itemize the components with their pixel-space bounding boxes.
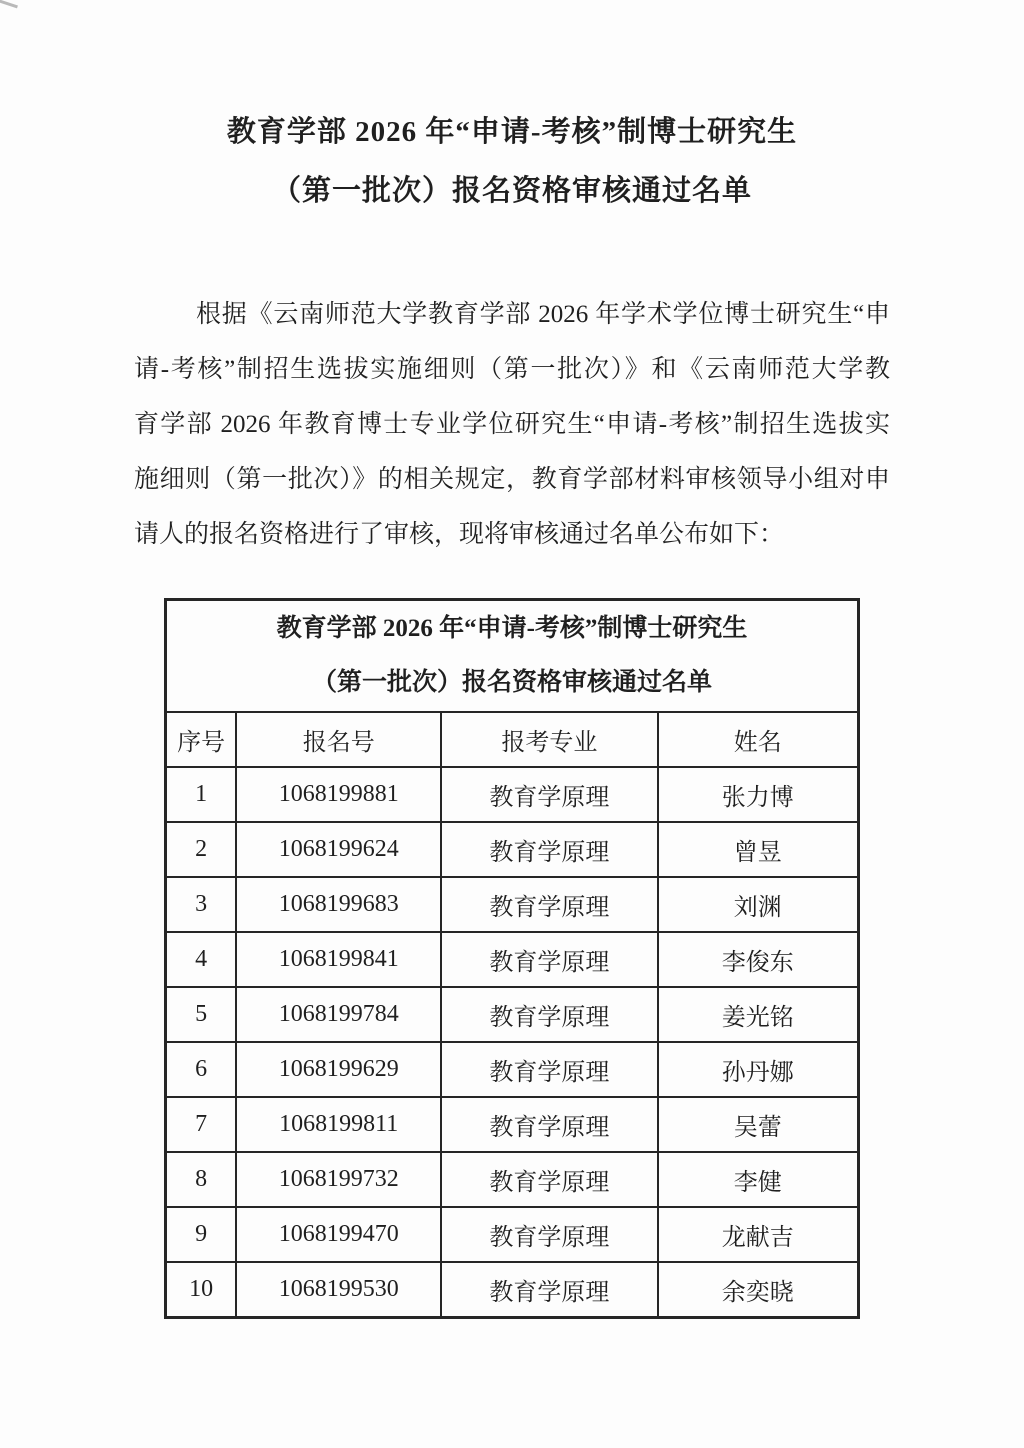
table-row: 3 1068199683 教育学原理 刘渊 [166, 877, 859, 932]
cell-name: 龙献吉 [658, 1207, 859, 1262]
cell-major: 教育学原理 [441, 1207, 657, 1262]
cell-index: 10 [166, 1262, 237, 1318]
table-row: 9 1068199470 教育学原理 龙献吉 [166, 1207, 859, 1262]
cell-major: 教育学原理 [441, 877, 657, 932]
cell-registration-number: 1068199732 [236, 1152, 441, 1207]
cell-registration-number: 1068199629 [236, 1042, 441, 1097]
cell-index: 2 [166, 822, 237, 877]
cell-index: 3 [166, 877, 237, 932]
table-title-line1: 教育学部 2026 年“申请-考核”制博士研究生 [167, 602, 857, 656]
cell-major: 教育学原理 [441, 1042, 657, 1097]
document-page: 教育学部 2026 年“申请-考核”制博士研究生 （第一批次）报名资格审核通过名… [0, 0, 1024, 1448]
cell-registration-number: 1068199470 [236, 1207, 441, 1262]
column-header-name: 姓名 [658, 712, 859, 767]
cell-major: 教育学原理 [441, 932, 657, 987]
cell-major: 教育学原理 [441, 822, 657, 877]
cell-name: 张力博 [658, 767, 859, 822]
column-header-registration-number: 报名号 [236, 712, 441, 767]
document-title-line2: （第一批次）报名资格审核通过名单 [0, 162, 1024, 221]
intro-paragraph-line: 根据《云南师范大学教育学部 2026 年学术学位博士研究生“申 [134, 287, 890, 342]
cell-name: 姜光铭 [658, 987, 859, 1042]
cell-name: 孙丹娜 [658, 1042, 859, 1097]
cell-name: 余奕晓 [658, 1262, 859, 1318]
approval-roster-table: 教育学部 2026 年“申请-考核”制博士研究生 （第一批次）报名资格审核通过名… [164, 598, 860, 1319]
cell-major: 教育学原理 [441, 767, 657, 822]
table-title-cell: 教育学部 2026 年“申请-考核”制博士研究生 （第一批次）报名资格审核通过名… [166, 600, 859, 713]
table-row: 7 1068199811 教育学原理 吴蕾 [166, 1097, 859, 1152]
cell-major: 教育学原理 [441, 1262, 657, 1318]
table-row: 1 1068199881 教育学原理 张力博 [166, 767, 859, 822]
table-row: 5 1068199784 教育学原理 姜光铭 [166, 987, 859, 1042]
cell-name: 李俊东 [658, 932, 859, 987]
cell-registration-number: 1068199530 [236, 1262, 441, 1318]
table-row: 2 1068199624 教育学原理 曾昱 [166, 822, 859, 877]
cell-registration-number: 1068199624 [236, 822, 441, 877]
intro-paragraph-line: 育学部 2026 年教育博士专业学位研究生“申请-考核”制招生选拔实 [134, 397, 890, 452]
table-row: 10 1068199530 教育学原理 余奕晓 [166, 1262, 859, 1318]
document-title: 教育学部 2026 年“申请-考核”制博士研究生 （第一批次）报名资格审核通过名… [0, 0, 1024, 221]
cell-name: 吴蕾 [658, 1097, 859, 1152]
intro-paragraph: 根据《云南师范大学教育学部 2026 年学术学位博士研究生“申 请-考核”制招生… [134, 287, 890, 562]
cell-registration-number: 1068199784 [236, 987, 441, 1042]
cell-index: 6 [166, 1042, 237, 1097]
document-title-line1: 教育学部 2026 年“申请-考核”制博士研究生 [0, 103, 1024, 162]
cell-registration-number: 1068199881 [236, 767, 441, 822]
table-title-row: 教育学部 2026 年“申请-考核”制博士研究生 （第一批次）报名资格审核通过名… [166, 600, 859, 713]
cell-index: 7 [166, 1097, 237, 1152]
cell-name: 刘渊 [658, 877, 859, 932]
intro-paragraph-line: 请人的报名资格进行了审核，现将审核通过名单公布如下： [134, 507, 890, 562]
cell-index: 8 [166, 1152, 237, 1207]
cell-name: 曾昱 [658, 822, 859, 877]
table-row: 4 1068199841 教育学原理 李俊东 [166, 932, 859, 987]
column-header-index: 序号 [166, 712, 237, 767]
table-row: 8 1068199732 教育学原理 李健 [166, 1152, 859, 1207]
table-title-line2: （第一批次）报名资格审核通过名单 [167, 656, 857, 710]
cell-name: 李健 [658, 1152, 859, 1207]
intro-paragraph-line: 施细则（第一批次）》的相关规定，教育学部材料审核领导小组对申 [134, 452, 890, 507]
cell-index: 4 [166, 932, 237, 987]
column-header-major: 报考专业 [441, 712, 657, 767]
cell-registration-number: 1068199841 [236, 932, 441, 987]
cell-index: 5 [166, 987, 237, 1042]
cell-index: 9 [166, 1207, 237, 1262]
table-header-row: 序号 报名号 报考专业 姓名 [166, 712, 859, 767]
cell-registration-number: 1068199683 [236, 877, 441, 932]
cell-major: 教育学原理 [441, 1097, 657, 1152]
cell-major: 教育学原理 [441, 987, 657, 1042]
cell-major: 教育学原理 [441, 1152, 657, 1207]
intro-paragraph-line: 请-考核”制招生选拔实施细则（第一批次）》和《云南师范大学教 [134, 342, 890, 397]
cell-registration-number: 1068199811 [236, 1097, 441, 1152]
table-row: 6 1068199629 教育学原理 孙丹娜 [166, 1042, 859, 1097]
cell-index: 1 [166, 767, 237, 822]
